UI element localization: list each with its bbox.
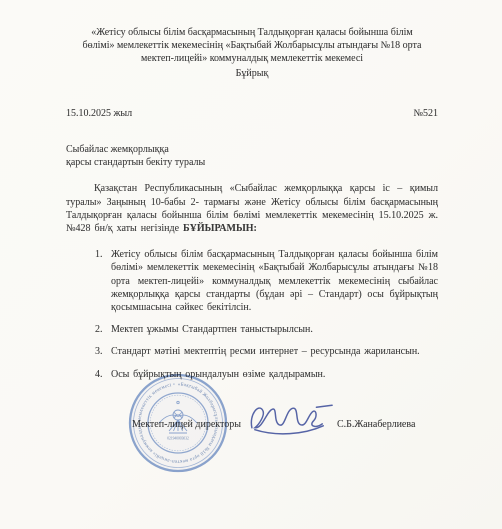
organization-name-line: бөлімі» мемлекеттік мекемесінің «Бақтыба… [66,39,438,52]
signatory-name: С.Б.Жанаберлиева [337,418,415,431]
list-item-text: Жетісу облысы білім басқармасының Талдық… [111,249,438,313]
list-item: 3. Стандарт мәтіні мектептің ресми интер… [66,345,438,358]
order-keyword: БҰЙЫРАМЫН: [183,223,257,234]
subject-line: Сыбайлас жемқорлыққа [66,143,438,156]
scanned-order-document: «Жетісу облысы білім басқармасының Талды… [0,0,502,529]
list-item: 1. Жетісу облысы білім басқармасының Тал… [66,248,438,314]
intro-paragraph: Қазақстан Республикасының «Сыбайлас жемқ… [66,182,438,235]
list-item-text: Осы бұйрықтың орындалуын өзіме қалдырамы… [111,369,325,380]
organization-name-line: «Жетісу облысы білім басқармасының Талды… [66,26,438,39]
list-item-number: 4. [95,368,103,381]
document-number: №521 [413,107,438,120]
list-item-text: Стандарт мәтіні мектептің ресми интернет… [111,346,420,357]
handwritten-signature [247,398,335,438]
date-number-row: 15.10.2025 жыл №521 [66,107,438,120]
organization-name-line: мектеп-лицейі» коммуналдық мемлекеттік м… [66,52,438,65]
document-content: «Жетісу облысы білім басқармасының Талды… [0,0,502,449]
signature-row: Мектеп-лицей директоры С.Б.Жанаберлиева [66,401,438,449]
organization-header: «Жетісу облысы білім басқармасының Талды… [66,26,438,80]
directives-list: 1. Жетісу облысы білім басқармасының Тал… [66,248,438,381]
signatory-role: Мектеп-лицей директоры [132,418,241,431]
list-item: 4. Осы бұйрықтың орындалуын өзіме қалдыр… [66,368,438,381]
document-type-title: Бұйрық [66,67,438,80]
document-subject: Сыбайлас жемқорлыққа қарсы стандартын бе… [66,143,438,169]
list-item-text: Мектеп ұжымы Стандартпен таныстырылсын. [111,324,313,335]
list-item: 2. Мектеп ұжымы Стандартпен таныстырылсы… [66,323,438,336]
list-item-number: 1. [95,248,103,261]
document-date: 15.10.2025 жыл [66,107,132,120]
subject-line: қарсы стандартын бекіту туралы [66,156,438,169]
list-item-number: 3. [95,345,103,358]
list-item-number: 2. [95,323,103,336]
